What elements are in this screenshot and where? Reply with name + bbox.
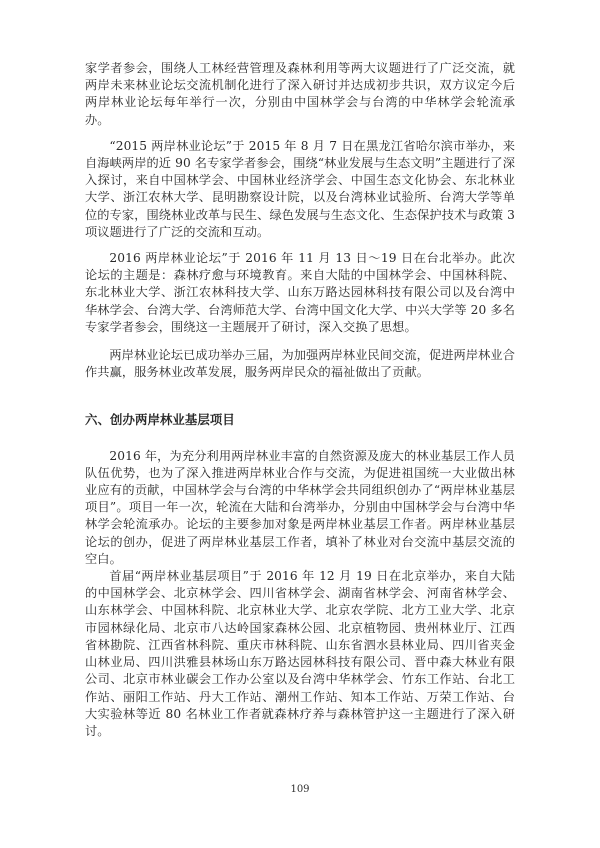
page-footer: 109 xyxy=(0,783,600,797)
paragraph-forum-2015: “2015 两岸林业论坛”于 2015 年 8 月 7 日在黑龙江省哈尔滨市举办… xyxy=(85,138,515,241)
paragraph-forum-summary: 两岸林业论坛已成功举办三届，为加强两岸林业民间交流，促进两岸林业合作共赢，服务林… xyxy=(85,347,515,381)
document-page: 家学者参会，围绕人工林经营管理及森林利用等两大议题进行了广泛交流，就两岸未来林业… xyxy=(0,0,600,848)
paragraph-continuation: 家学者参会，围绕人工林经营管理及森林利用等两大议题进行了广泛交流，就两岸未来林业… xyxy=(85,60,515,129)
paragraph-grassroots-intro: 2016 年，为充分利用两岸林业丰富的自然资源及庞大的林业基层工作人员队伍优势，… xyxy=(85,448,515,568)
page-number: 109 xyxy=(290,784,309,795)
paragraph-forum-2016: 2016 两岸林业论坛”于 2016 年 11 月 13 日～19 日在台北举办… xyxy=(85,250,515,336)
paragraph-grassroots-first-session: 首届“两岸林业基层项目”于 2016 年 12 月 19 日在北京举办，来自大陆… xyxy=(85,568,515,740)
section-heading: 六、创办两岸林业基层项目 xyxy=(85,411,515,428)
text-body: 家学者参会，围绕人工林经营管理及森林利用等两大议题进行了广泛交流，就两岸未来林业… xyxy=(85,60,515,740)
